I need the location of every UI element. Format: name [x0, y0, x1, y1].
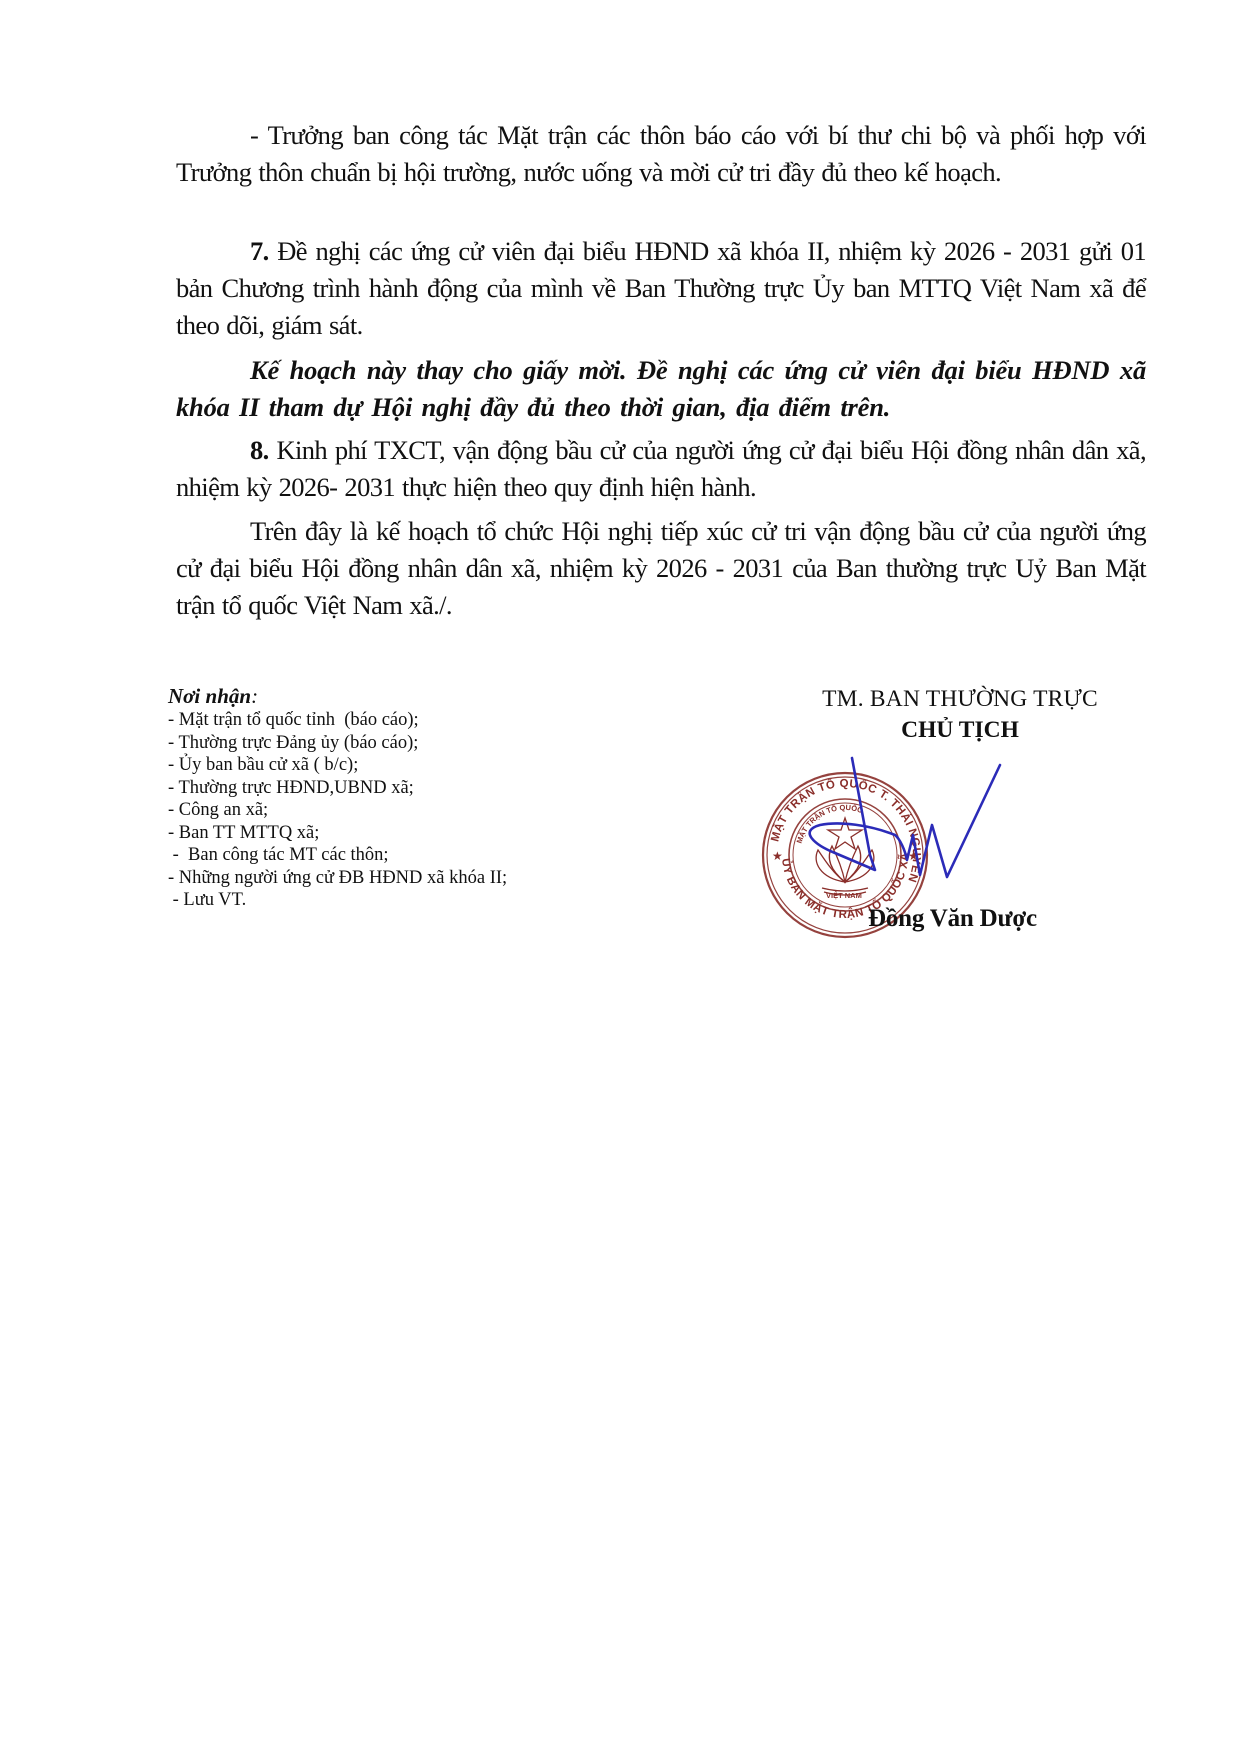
document-page: - Trưởng ban công tác Mặt trận các thôn …	[0, 0, 1241, 1755]
signer-role: TM. BAN THƯỜNG TRỰC	[780, 683, 1140, 715]
svg-text:MẶT TRẬN TỔ QUỐC: MẶT TRẬN TỔ QUỐC	[795, 802, 865, 844]
item-text: Kinh phí TXCT, vận động bầu cử của người…	[176, 435, 1146, 502]
recipients-heading-text: Nơi nhận	[168, 684, 251, 708]
signature-block: TM. BAN THƯỜNG TRỰC CHỦ TỊCH	[780, 683, 1140, 745]
recipient-item: - Những người ứng cử ĐB HĐND xã khóa II;	[168, 867, 507, 890]
recipient-item: - Công an xã;	[168, 799, 507, 822]
svg-text:★: ★	[908, 849, 919, 863]
signer-name: Đồng Văn Dược	[868, 904, 1037, 934]
item-text: Đề nghị các ứng cử viên đại biểu HĐND xã…	[176, 236, 1146, 340]
signer-title: CHỦ TỊCH	[780, 715, 1140, 745]
recipient-item: - Lưu VT.	[168, 889, 507, 912]
recipient-item: - Ban công tác MT các thôn;	[168, 844, 507, 867]
recipients-heading-colon: :	[251, 684, 258, 708]
recipient-item: - Mặt trận tổ quốc tỉnh (báo cáo);	[168, 709, 507, 732]
recipients-list: - Mặt trận tổ quốc tỉnh (báo cáo); - Thư…	[168, 709, 507, 912]
recipient-item: - Ủy ban bầu cử xã ( b/c);	[168, 754, 507, 777]
recipient-item: - Ban TT MTTQ xã;	[168, 822, 507, 845]
paragraph-item-7: 7. Đề nghị các ứng cử viên đại biểu HĐND…	[176, 233, 1146, 344]
recipients-heading: Nơi nhận:	[168, 683, 507, 709]
paragraph-item-8: 8. Kinh phí TXCT, vận động bầu cử của ng…	[176, 432, 1146, 506]
paragraph-village-preparation: - Trưởng ban công tác Mặt trận các thôn …	[176, 117, 1146, 191]
paragraph-invitation-note: Kế hoạch này thay cho giấy mời. Đề nghị …	[176, 352, 1146, 426]
item-number: 7.	[250, 236, 269, 266]
svg-text:★: ★	[772, 849, 783, 863]
recipients-block: Nơi nhận: - Mặt trận tổ quốc tỉnh (báo c…	[168, 683, 507, 912]
item-number: 8.	[250, 435, 269, 465]
recipient-item: - Thường trực Đảng ủy (báo cáo);	[168, 732, 507, 755]
paragraph-closing: Trên đây là kế hoạch tổ chức Hội nghị ti…	[176, 513, 1146, 624]
recipient-item: - Thường trực HĐND,UBND xã;	[168, 777, 507, 800]
